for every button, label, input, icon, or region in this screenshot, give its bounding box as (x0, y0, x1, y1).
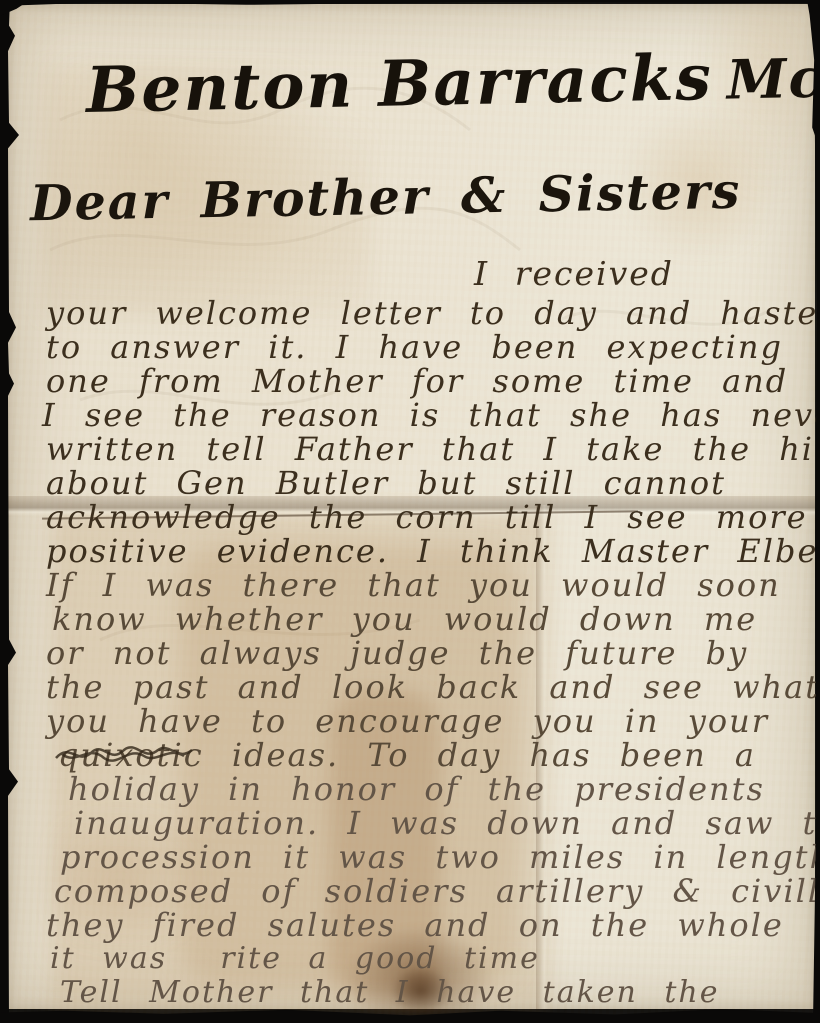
letter-line: one from Mother for some time and (46, 364, 806, 398)
letter-line: the past and look back and see what (46, 670, 806, 704)
letter-line: inauguration. I was down and saw the (74, 806, 806, 840)
letter-line: holiday in honor of the presidents (68, 772, 806, 806)
letter-line: it was rite a good time (50, 942, 806, 976)
letter-line: know whether you would down me (52, 602, 806, 636)
letter-line: procession it was two miles in length (60, 840, 806, 874)
letter-line: you have to encourage you in your (46, 704, 806, 738)
letter-line: Tell Mother that I have taken the (60, 976, 806, 1010)
letter-body: your welcome letter to day and hasten to… (46, 296, 806, 1010)
letter-line: or not always judge the future by (46, 636, 806, 670)
letter-line: to answer it. I have been expecting (46, 330, 806, 364)
letter-line: composed of soldiers artillery & civilli… (54, 874, 806, 908)
letter-line: I see the reason is that she has never (42, 398, 806, 432)
letter-line: acknowledge the corn till I see more (46, 500, 806, 534)
letter-line: If I was there that you would soon (46, 568, 806, 602)
letter-line: positive evidence. I think Master Elbert (46, 534, 806, 568)
letter-line: they fired salutes and on the whole (46, 908, 806, 942)
scanned-letter-page: Benton BarracksMch 4th63 Dear Brother & … (0, 0, 820, 1023)
letter-line: written tell Father that I take the hint (46, 432, 806, 466)
letter-line: about Gen Butler but still cannot (46, 466, 806, 500)
letter-line: quixotic ideas. To day has been a (58, 738, 806, 772)
letter-line: your welcome letter to day and hasten (46, 296, 806, 330)
